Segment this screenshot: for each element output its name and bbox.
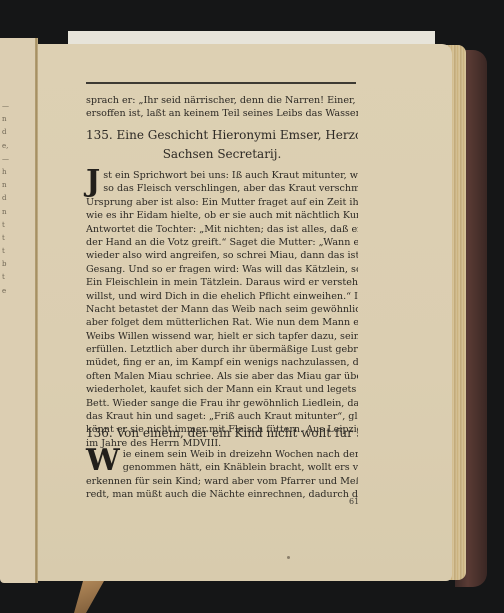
edge-char: d xyxy=(2,126,14,139)
header-rule xyxy=(86,82,356,84)
section-135-heading: 135. Eine Geschicht Hieronymi Emser, Her… xyxy=(86,126,358,164)
text-line: willst, und wird Dich in die ehelich Pfl… xyxy=(86,290,358,303)
text-line: Weibs Willen wissend war, hielt er sich … xyxy=(86,330,358,343)
text-line: wie es ihr Eidam hielte, ob er sie auch … xyxy=(86,209,358,222)
text-line: müdet, fing er an, im Kampf ein wenigs n… xyxy=(86,356,358,369)
text-line: erkennen für sein Kind; ward aber vom Pf… xyxy=(86,475,358,488)
text-line: st ein Sprichwort bei uns: Iß auch Kraut… xyxy=(103,169,358,182)
left-page-edge-text: — n d e, — h n d n t t t b t e xyxy=(2,100,14,298)
text-line: das Kraut hin und saget: „Friß auch Krau… xyxy=(86,410,358,423)
edge-char: t xyxy=(2,219,14,232)
heading-line: Sachsen Secretarij. xyxy=(86,145,358,164)
edge-char: t xyxy=(2,232,14,245)
text-line: Bett. Wieder sange die Frau ihr gewöhnli… xyxy=(86,397,358,410)
top-paragraph: sprach er: „Ihr seid närrischer, denn di… xyxy=(86,94,358,121)
text-line: Ein Fleischlein in mein Tätzlein. Daraus… xyxy=(86,276,358,289)
text-line: ersoffen ist, laßt an keinem Teil seines… xyxy=(86,107,358,120)
edge-char: n xyxy=(2,113,14,126)
edge-char: t xyxy=(2,271,14,284)
heading-line: 135. Eine Geschicht Hieronymi Emser, Her… xyxy=(86,126,358,145)
paper-strip xyxy=(68,31,435,45)
section-136-heading: 136. Von einem, der ein Kind nicht wollt… xyxy=(86,424,358,443)
edge-char: e xyxy=(2,285,14,298)
drop-cap: J xyxy=(86,169,100,195)
text-line: erfüllen. Letztlich aber durch ihr überm… xyxy=(86,343,358,356)
text-line: Gesang. Und so er fragen wird: Was will … xyxy=(86,263,358,276)
text-line: sprach er: „Ihr seid närrischer, denn di… xyxy=(86,94,358,107)
edge-char: n xyxy=(2,179,14,192)
edge-char: n xyxy=(2,206,14,219)
edge-char: — xyxy=(2,100,14,113)
text-line: aber folget dem mütterlichen Rat. Wie nu… xyxy=(86,316,358,329)
text-line: Ursprung aber ist also: Ein Mutter frage… xyxy=(86,196,358,209)
heading-line: 136. Von einem, der ein Kind nicht wollt… xyxy=(86,424,358,443)
page-number: 61 xyxy=(349,497,359,506)
edge-char: b xyxy=(2,258,14,271)
section-136-body: W ie einem sein Weib in dreizehn Wochen … xyxy=(86,448,358,502)
left-page: — n d e, — h n d n t t t b t e xyxy=(0,38,38,583)
text-line: Nacht betastet der Mann das Weib nach se… xyxy=(86,303,358,316)
section-135-body: J st ein Sprichwort bei uns: Iß auch Kra… xyxy=(86,169,358,450)
edge-char: d xyxy=(2,192,14,205)
edge-char: t xyxy=(2,245,14,258)
text-line: often Malen Miau schriee. Als sie aber d… xyxy=(86,370,358,383)
text-line: genommen hätt, ein Knäblein bracht, woll… xyxy=(123,461,358,474)
text-line: Antwortet die Tochter: „Mit nichten; das… xyxy=(86,223,358,236)
text-line: so das Fleisch verschlingen, aber das Kr… xyxy=(103,182,358,195)
edge-char: — xyxy=(2,153,14,166)
edge-char: e, xyxy=(2,140,14,153)
text-line: der Hand an die Votz greift.“ Saget die … xyxy=(86,236,358,249)
drop-cap: W xyxy=(86,448,120,474)
edge-char: h xyxy=(2,166,14,179)
text-line: ie einem sein Weib in dreizehn Wochen na… xyxy=(123,448,358,461)
text-line: wieder also wird angreifen, so schrei Mi… xyxy=(86,249,358,262)
text-line: wiederholet, kaufet sich der Mann ein Kr… xyxy=(86,383,358,396)
text-line: redt, man müßt auch die Nächte einrechne… xyxy=(86,488,358,501)
paper-speck xyxy=(287,556,290,559)
torn-page-fragment xyxy=(74,581,104,613)
